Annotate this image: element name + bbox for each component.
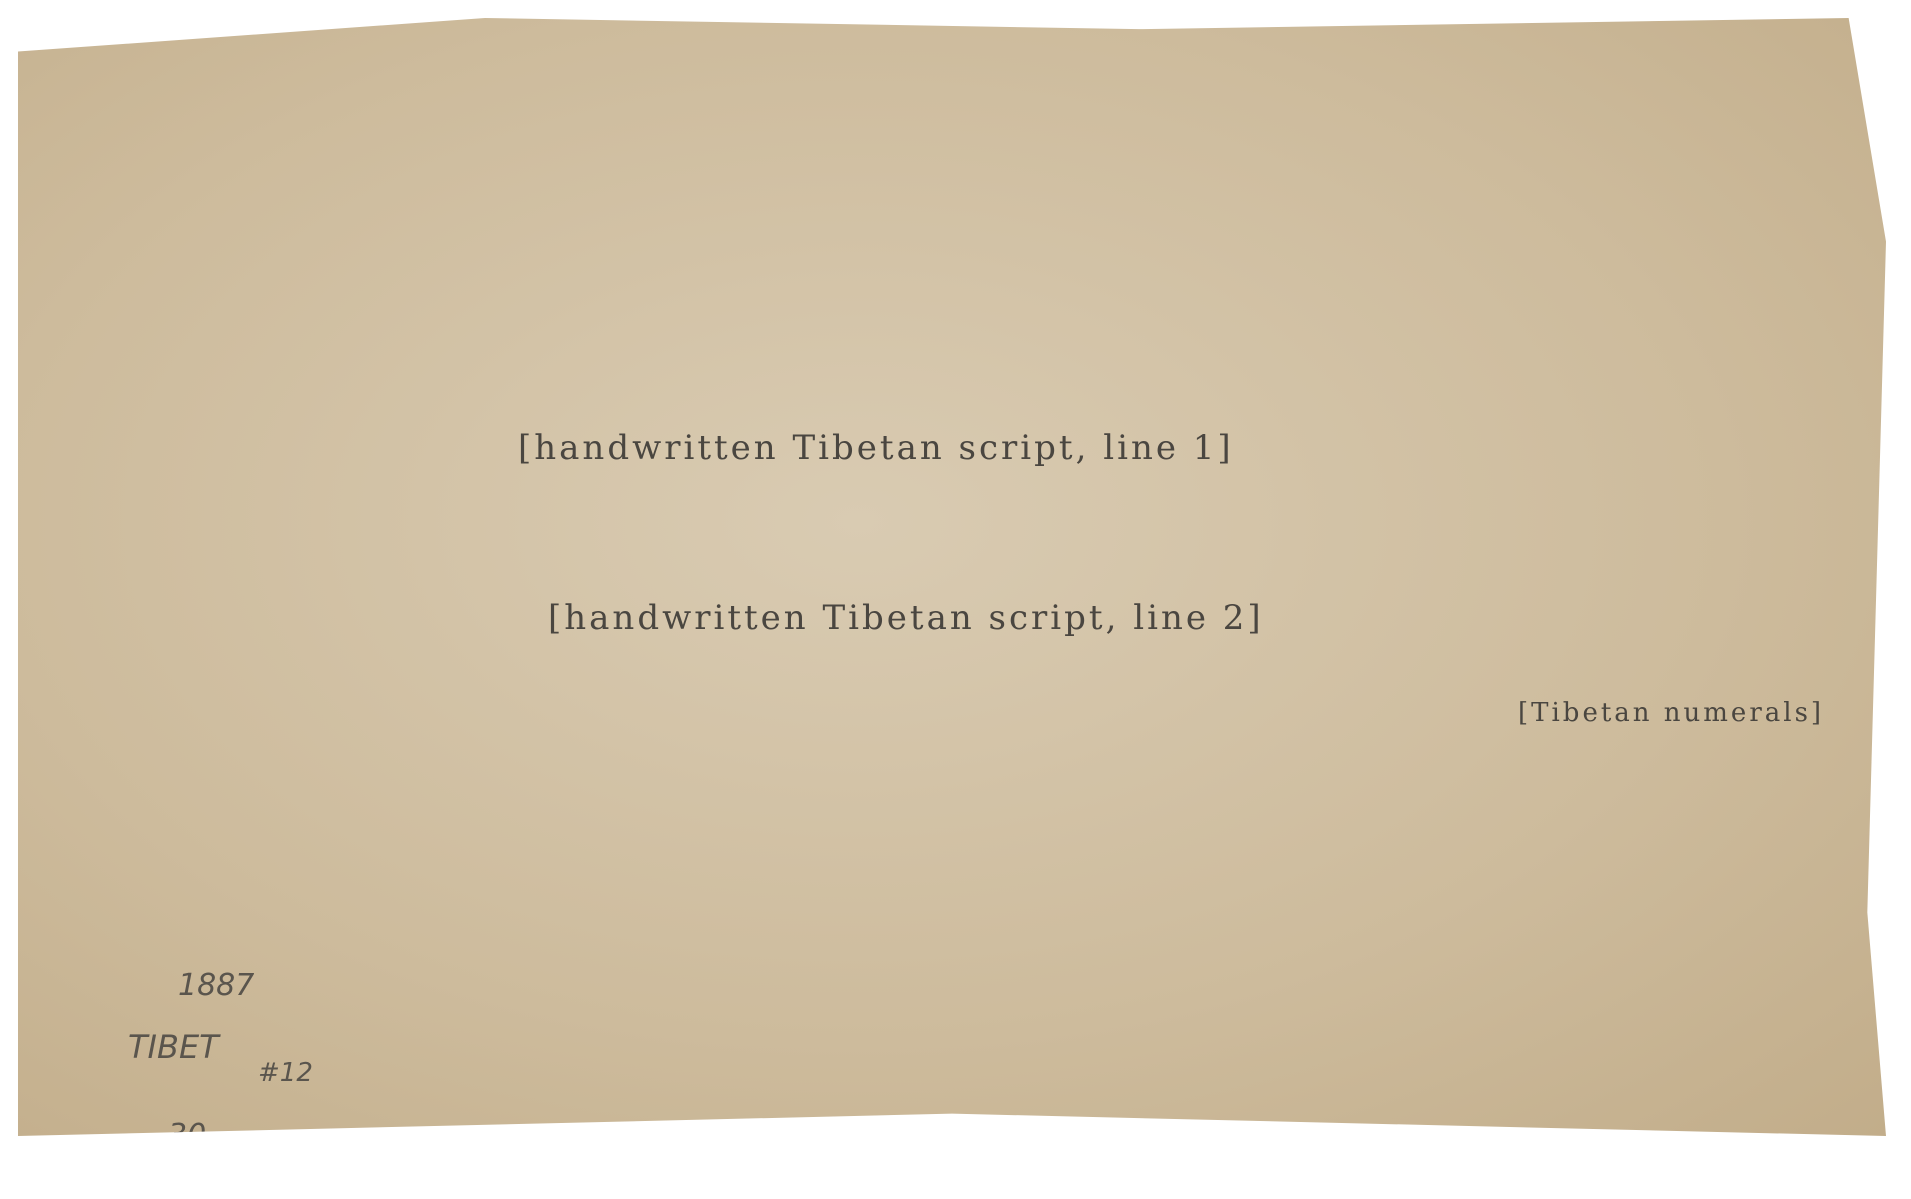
numerals: [Tibetan numerals]	[1518, 698, 1824, 728]
script-line-2: [handwritten Tibetan script, line 2]	[548, 598, 1264, 638]
script-line-1: [handwritten Tibetan script, line 1]	[518, 428, 1234, 468]
note-label: TIBET	[128, 1028, 219, 1066]
note-catalog: #12	[258, 1058, 313, 1088]
note-year: 1887	[178, 968, 254, 1003]
note-price: 30-	[168, 1118, 217, 1153]
envelope: [handwritten Tibetan script, line 1] [ha…	[18, 18, 1886, 1136]
